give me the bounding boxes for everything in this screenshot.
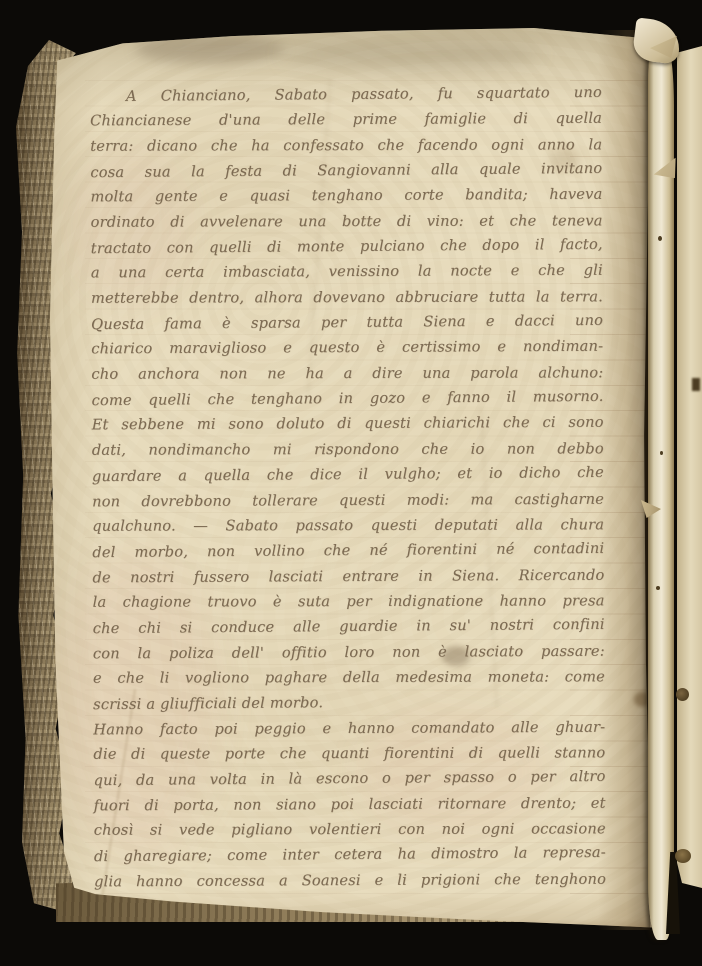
manuscript-line: non dovrebbono tollerare questi modi: ma… (92, 486, 604, 514)
speck (658, 236, 662, 241)
manuscript-line: die di queste porte che quanti fiorentin… (93, 740, 605, 767)
manuscript-line: qualchuno. — Sabato passato questi deput… (92, 512, 604, 539)
manuscript-line: Et sebbene mi sono doluto di questi chia… (92, 410, 604, 438)
manuscript-line: cho anchora non ne ha a dire una parola … (91, 360, 603, 387)
manuscript-line: e che li vogliono paghare della medesima… (93, 664, 605, 691)
manuscript-line: qui, da una volta in là escono o per spa… (93, 764, 605, 794)
manuscript-line: fuori di porta, non siano poi lasciati r… (94, 790, 606, 818)
manuscript-line: con la poliza dell' offitio loro non è l… (93, 638, 605, 666)
manuscript-line: Questa fama è sparsa per tutta Siena e d… (91, 308, 603, 338)
manuscript-line: de nostri fussero lasciati entrare in Si… (92, 562, 604, 590)
manuscript-page: A Chianciano, Sabato passato, fu squarta… (50, 28, 655, 933)
binding-knot (676, 688, 689, 701)
stain (280, 40, 540, 70)
manuscript-line: A Chianciano, Sabato passato, fu squarta… (90, 80, 602, 110)
manuscript-line: chosì si vede pigliano volentieri con no… (94, 816, 606, 843)
binding-knot (675, 849, 691, 863)
manuscript-line: la chagione truovo è suta per indignatio… (93, 588, 605, 615)
manuscript-line: guardare a quella che dice il vulgho; et… (92, 460, 604, 490)
manuscript-text: A Chianciano, Sabato passato, fu squarta… (90, 81, 606, 895)
manuscript-line: terra: dicano che ha confessato che face… (90, 132, 602, 159)
speck (660, 451, 663, 455)
manuscript-line: glia hanno concessa a Soanesi e li prigi… (94, 866, 606, 894)
manuscript-line: a una certa imbasciata, venissino la noc… (91, 258, 603, 286)
manuscript-line: cosa sua la festa di Sangiovanni alla qu… (90, 156, 602, 186)
manuscript-line: Hanno facto poi peggio e hanno comandato… (93, 714, 605, 742)
manuscript-line: metterebbe dentro, alhora dovevano abbru… (91, 284, 603, 311)
manuscript-line: dati, nondimancho mi rispondono che io n… (92, 436, 604, 463)
manuscript-line: del morbo, non vollino che né fiorentini… (92, 536, 604, 566)
adjacent-page-edge (677, 46, 702, 888)
photo-frame: A Chianciano, Sabato passato, fu squarta… (0, 0, 702, 966)
manuscript-line: molta gente e quasi tenghano corte bandi… (90, 182, 602, 210)
manuscript-line: di gharegiare; come inter cetera ha dimo… (94, 840, 606, 870)
binding-mark (692, 378, 700, 391)
manuscript-line: chiarico maraviglioso e questo è certiss… (91, 334, 603, 362)
manuscript-line: ordinato di avvelenare una botte di vino… (91, 208, 603, 235)
manuscript-line: come quelli che tenghano in gozo e fanno… (91, 384, 603, 414)
manuscript-line: tractato con quelli di monte pulciano ch… (91, 232, 603, 262)
manuscript-line: scrissi a gliufficiali del morbo. (93, 688, 605, 718)
manuscript-line: Chiancianese d'una delle prime famiglie … (90, 106, 602, 134)
stain (135, 34, 285, 64)
manuscript-line: che chi si conduce alle guardie in su' n… (93, 612, 605, 642)
speck (656, 586, 660, 590)
